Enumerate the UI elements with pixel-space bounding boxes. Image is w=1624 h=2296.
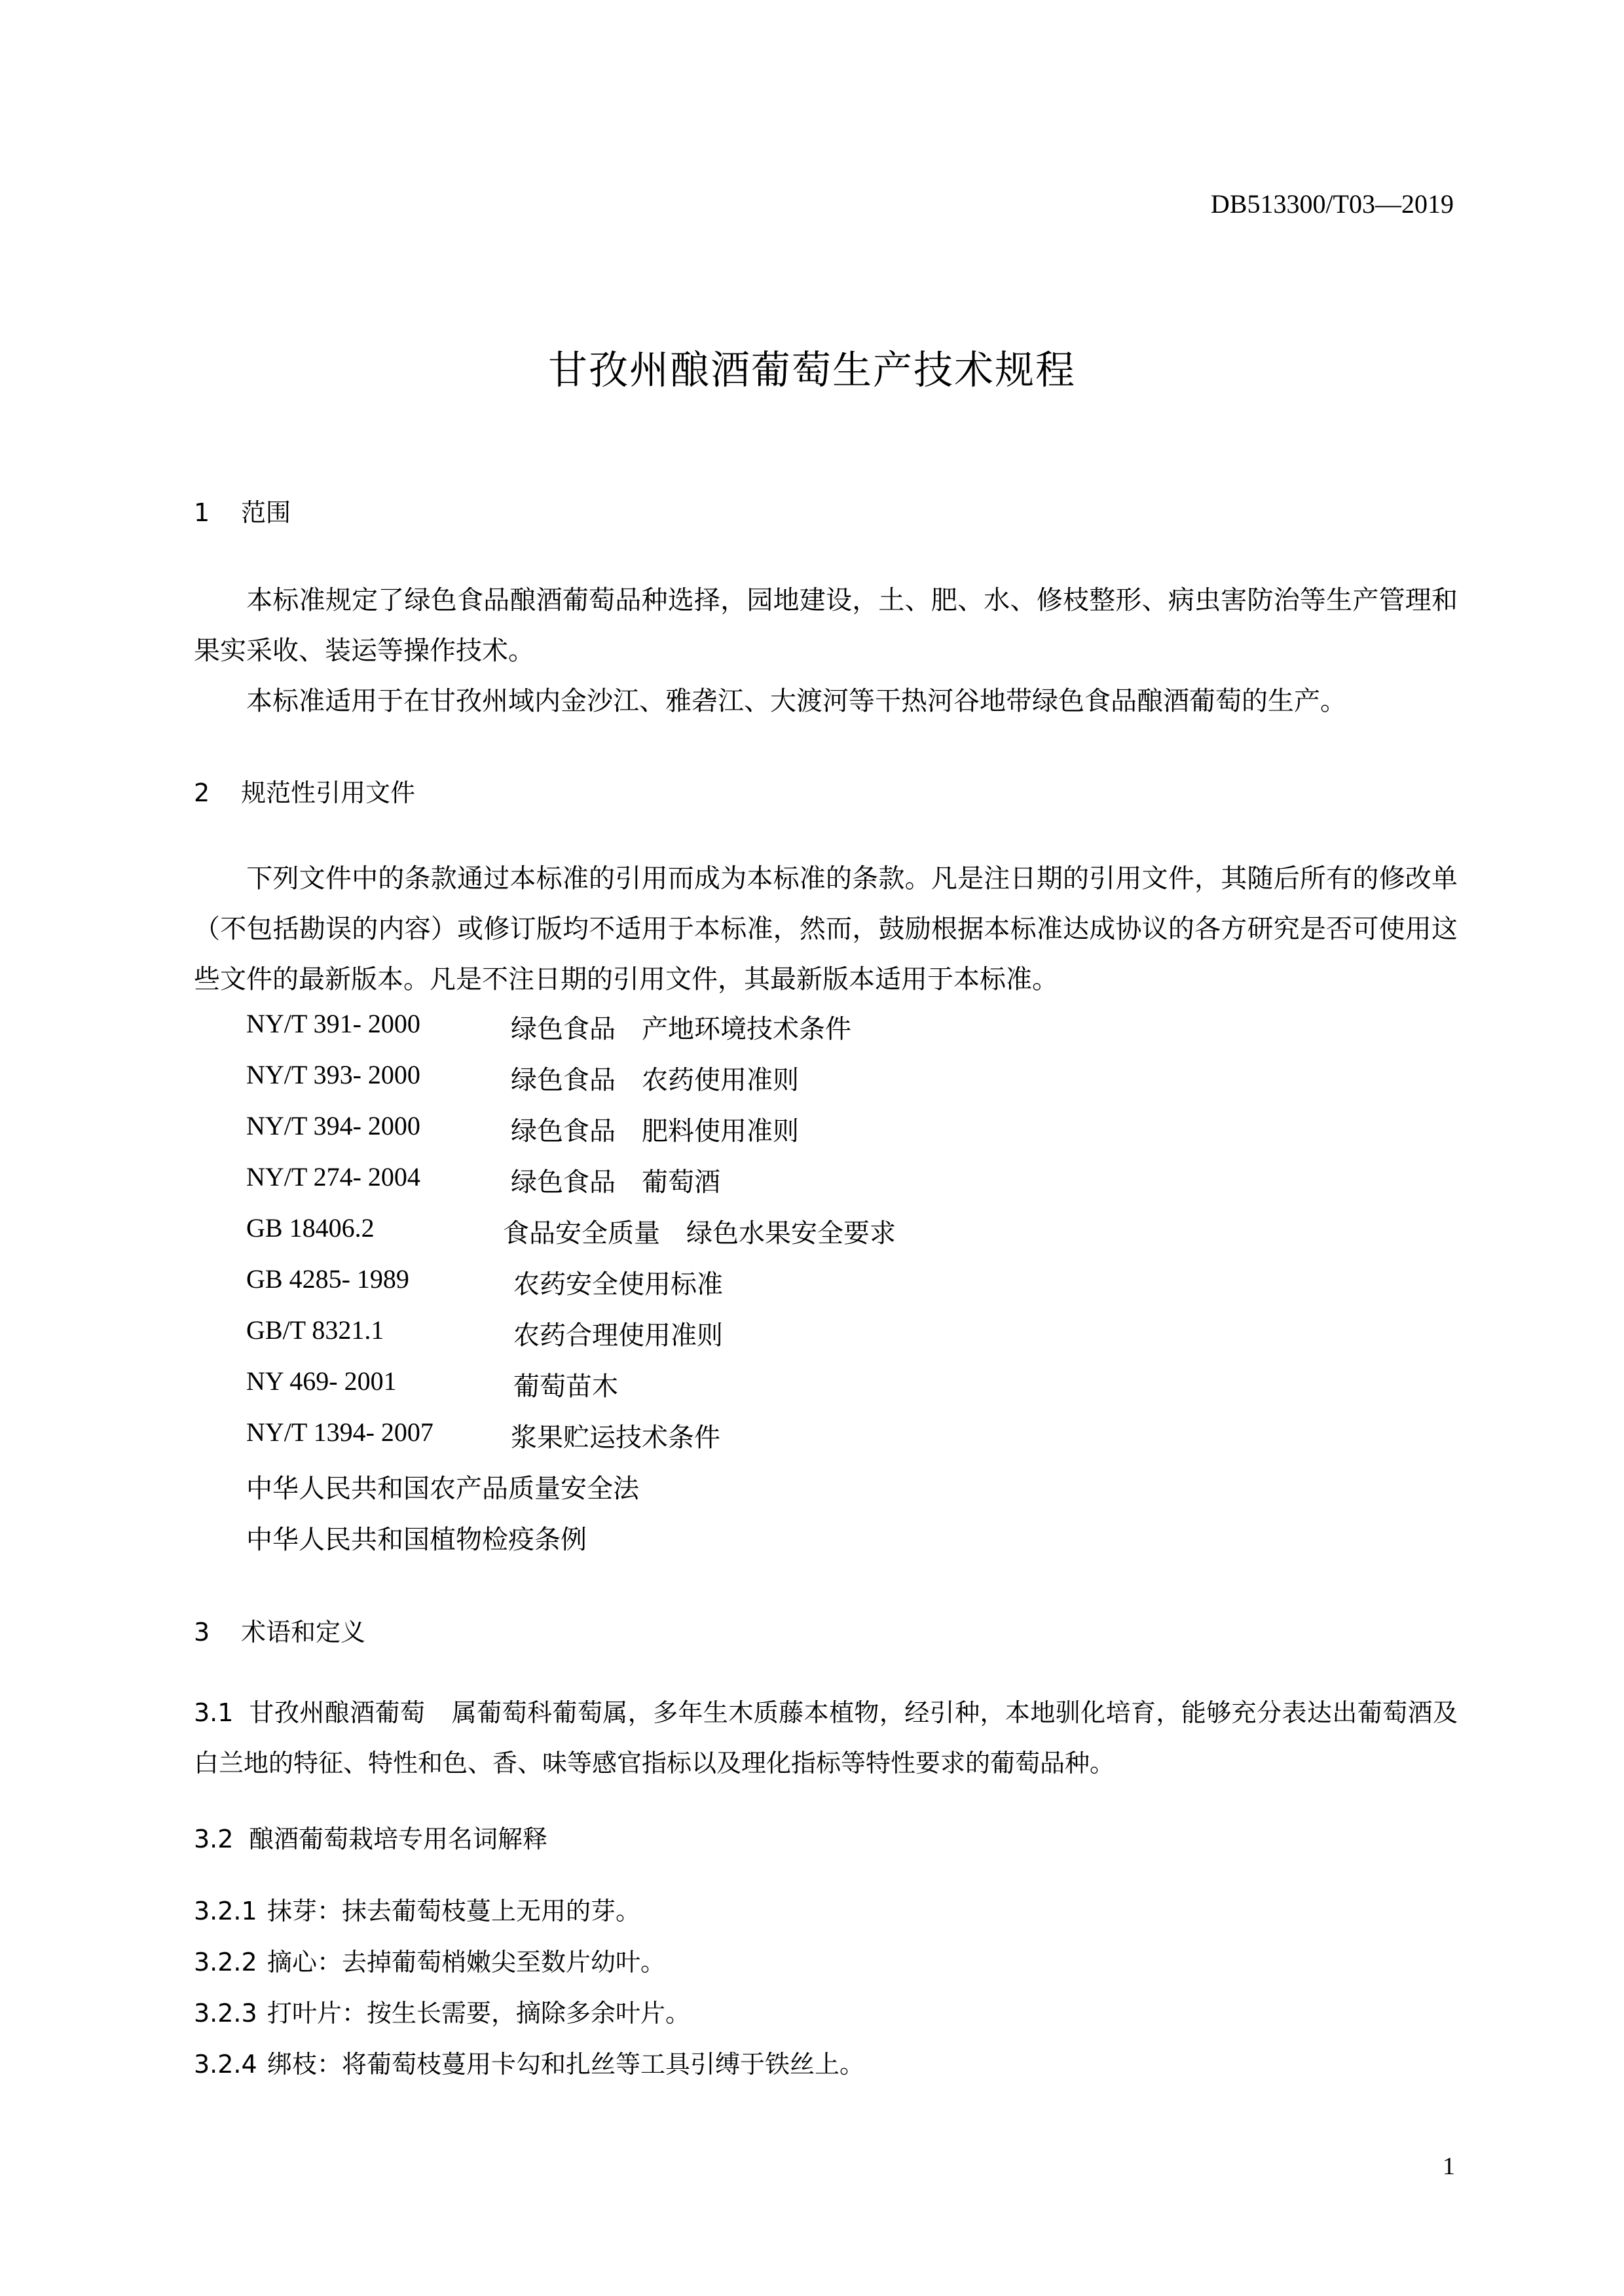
reference-code: GB 18406.2 — [246, 1212, 375, 1243]
term-text: 摘心：去掉葡萄梢嫩尖至数片幼叶。 — [267, 1948, 665, 1977]
section-number: 2 — [194, 778, 241, 807]
scope-paragraph-2: 本标准适用于在甘孜州域内金沙江、雅砻江、大渡河等干热河谷地带绿色食品酿酒葡萄的生… — [194, 676, 1458, 726]
term-name: 甘孜州酿酒葡萄 — [249, 1698, 425, 1727]
reference-code: 中华人民共和国农产品质量安全法 — [246, 1468, 639, 1505]
reference-code: NY 469- 2001 — [246, 1366, 397, 1396]
term-text: 抹芽：抹去葡萄枝蔓上无用的芽。 — [267, 1897, 640, 1925]
document-title: 甘孜州酿酒葡萄生产技术规程 — [0, 339, 1624, 395]
term-text: 打叶片：按生长需要，摘除多余叶片。 — [267, 1999, 690, 2028]
document-code: DB513300/T03—2019 — [1211, 189, 1454, 219]
document-page: DB513300/T03—2019 甘孜州酿酒葡萄生产技术规程 1范围 本标准规… — [0, 0, 1624, 2296]
section-title: 规范性引用文件 — [241, 778, 415, 807]
reference-title: 农药安全使用标准 — [513, 1264, 723, 1301]
reference-title: 食品安全质量 绿色水果安全要求 — [503, 1212, 896, 1250]
term-number: 3.2.2 — [194, 1948, 267, 1977]
term-item: 3.2.2摘心：去掉葡萄梢嫩尖至数片幼叶。 — [194, 1942, 665, 1978]
term-number: 3.1 — [194, 1688, 249, 1738]
scope-paragraph-1: 本标准规定了绿色食品酿酒葡萄品种选择，园地建设，土、肥、水、修枝整形、病虫害防治… — [194, 575, 1458, 676]
reference-code: NY/T 394- 2000 — [246, 1110, 420, 1141]
subsection-number: 3.2 — [194, 1825, 249, 1853]
section-title: 术语和定义 — [241, 1618, 365, 1647]
term-number: 3.2.4 — [194, 2050, 267, 2079]
term-text: 绑枝：将葡萄枝蔓用卡勾和扎丝等工具引缚于铁丝上。 — [267, 2050, 864, 2079]
section-heading-terms: 3术语和定义 — [194, 1612, 365, 1648]
subsection-title: 酿酒葡萄栽培专用名词解释 — [249, 1825, 547, 1853]
reference-code: 中华人民共和国植物检疫条例 — [246, 1519, 587, 1556]
reference-title: 浆果贮运技术条件 — [511, 1417, 720, 1454]
page-number: 1 — [1443, 2152, 1455, 2181]
term-number: 3.2.1 — [194, 1897, 267, 1925]
reference-code: GB/T 8321.1 — [246, 1315, 384, 1345]
section-number: 3 — [194, 1618, 241, 1647]
reference-code: NY/T 393- 2000 — [246, 1059, 420, 1090]
subsection-heading-3-2: 3.2酿酒葡萄栽培专用名词解释 — [194, 1819, 547, 1855]
reference-code: GB 4285- 1989 — [246, 1264, 409, 1294]
term-item: 3.2.3打叶片：按生长需要，摘除多余叶片。 — [194, 1993, 690, 2029]
reference-title: 绿色食品 葡萄酒 — [511, 1161, 720, 1199]
reference-title: 绿色食品 肥料使用准则 — [511, 1110, 799, 1148]
references-intro: 下列文件中的条款通过本标准的引用而成为本标准的条款。凡是注日期的引用文件，其随后… — [194, 853, 1458, 1004]
section-title: 范围 — [241, 498, 291, 527]
section-heading-references: 2规范性引用文件 — [194, 773, 415, 809]
term-item: 3.2.1抹芽：抹去葡萄枝蔓上无用的芽。 — [194, 1891, 640, 1927]
term-item: 3.2.4绑枝：将葡萄枝蔓用卡勾和扎丝等工具引缚于铁丝上。 — [194, 2044, 864, 2080]
section-number: 1 — [194, 498, 241, 527]
reference-title: 葡萄苗木 — [513, 1366, 618, 1403]
reference-code: NY/T 274- 2004 — [246, 1161, 420, 1192]
reference-title: 绿色食品 产地环境技术条件 — [511, 1008, 851, 1046]
term-definition-3-1: 3.1甘孜州酿酒葡萄属葡萄科葡萄属，多年生木质藤本植物，经引种，本地驯化培育，能… — [194, 1688, 1458, 1789]
reference-title: 农药合理使用准则 — [513, 1315, 723, 1352]
reference-title: 绿色食品 农药使用准则 — [511, 1059, 799, 1097]
section-heading-scope: 1范围 — [194, 492, 291, 528]
reference-code: NY/T 1394- 2007 — [246, 1417, 434, 1448]
reference-code: NY/T 391- 2000 — [246, 1008, 420, 1039]
term-number: 3.2.3 — [194, 1999, 267, 2028]
